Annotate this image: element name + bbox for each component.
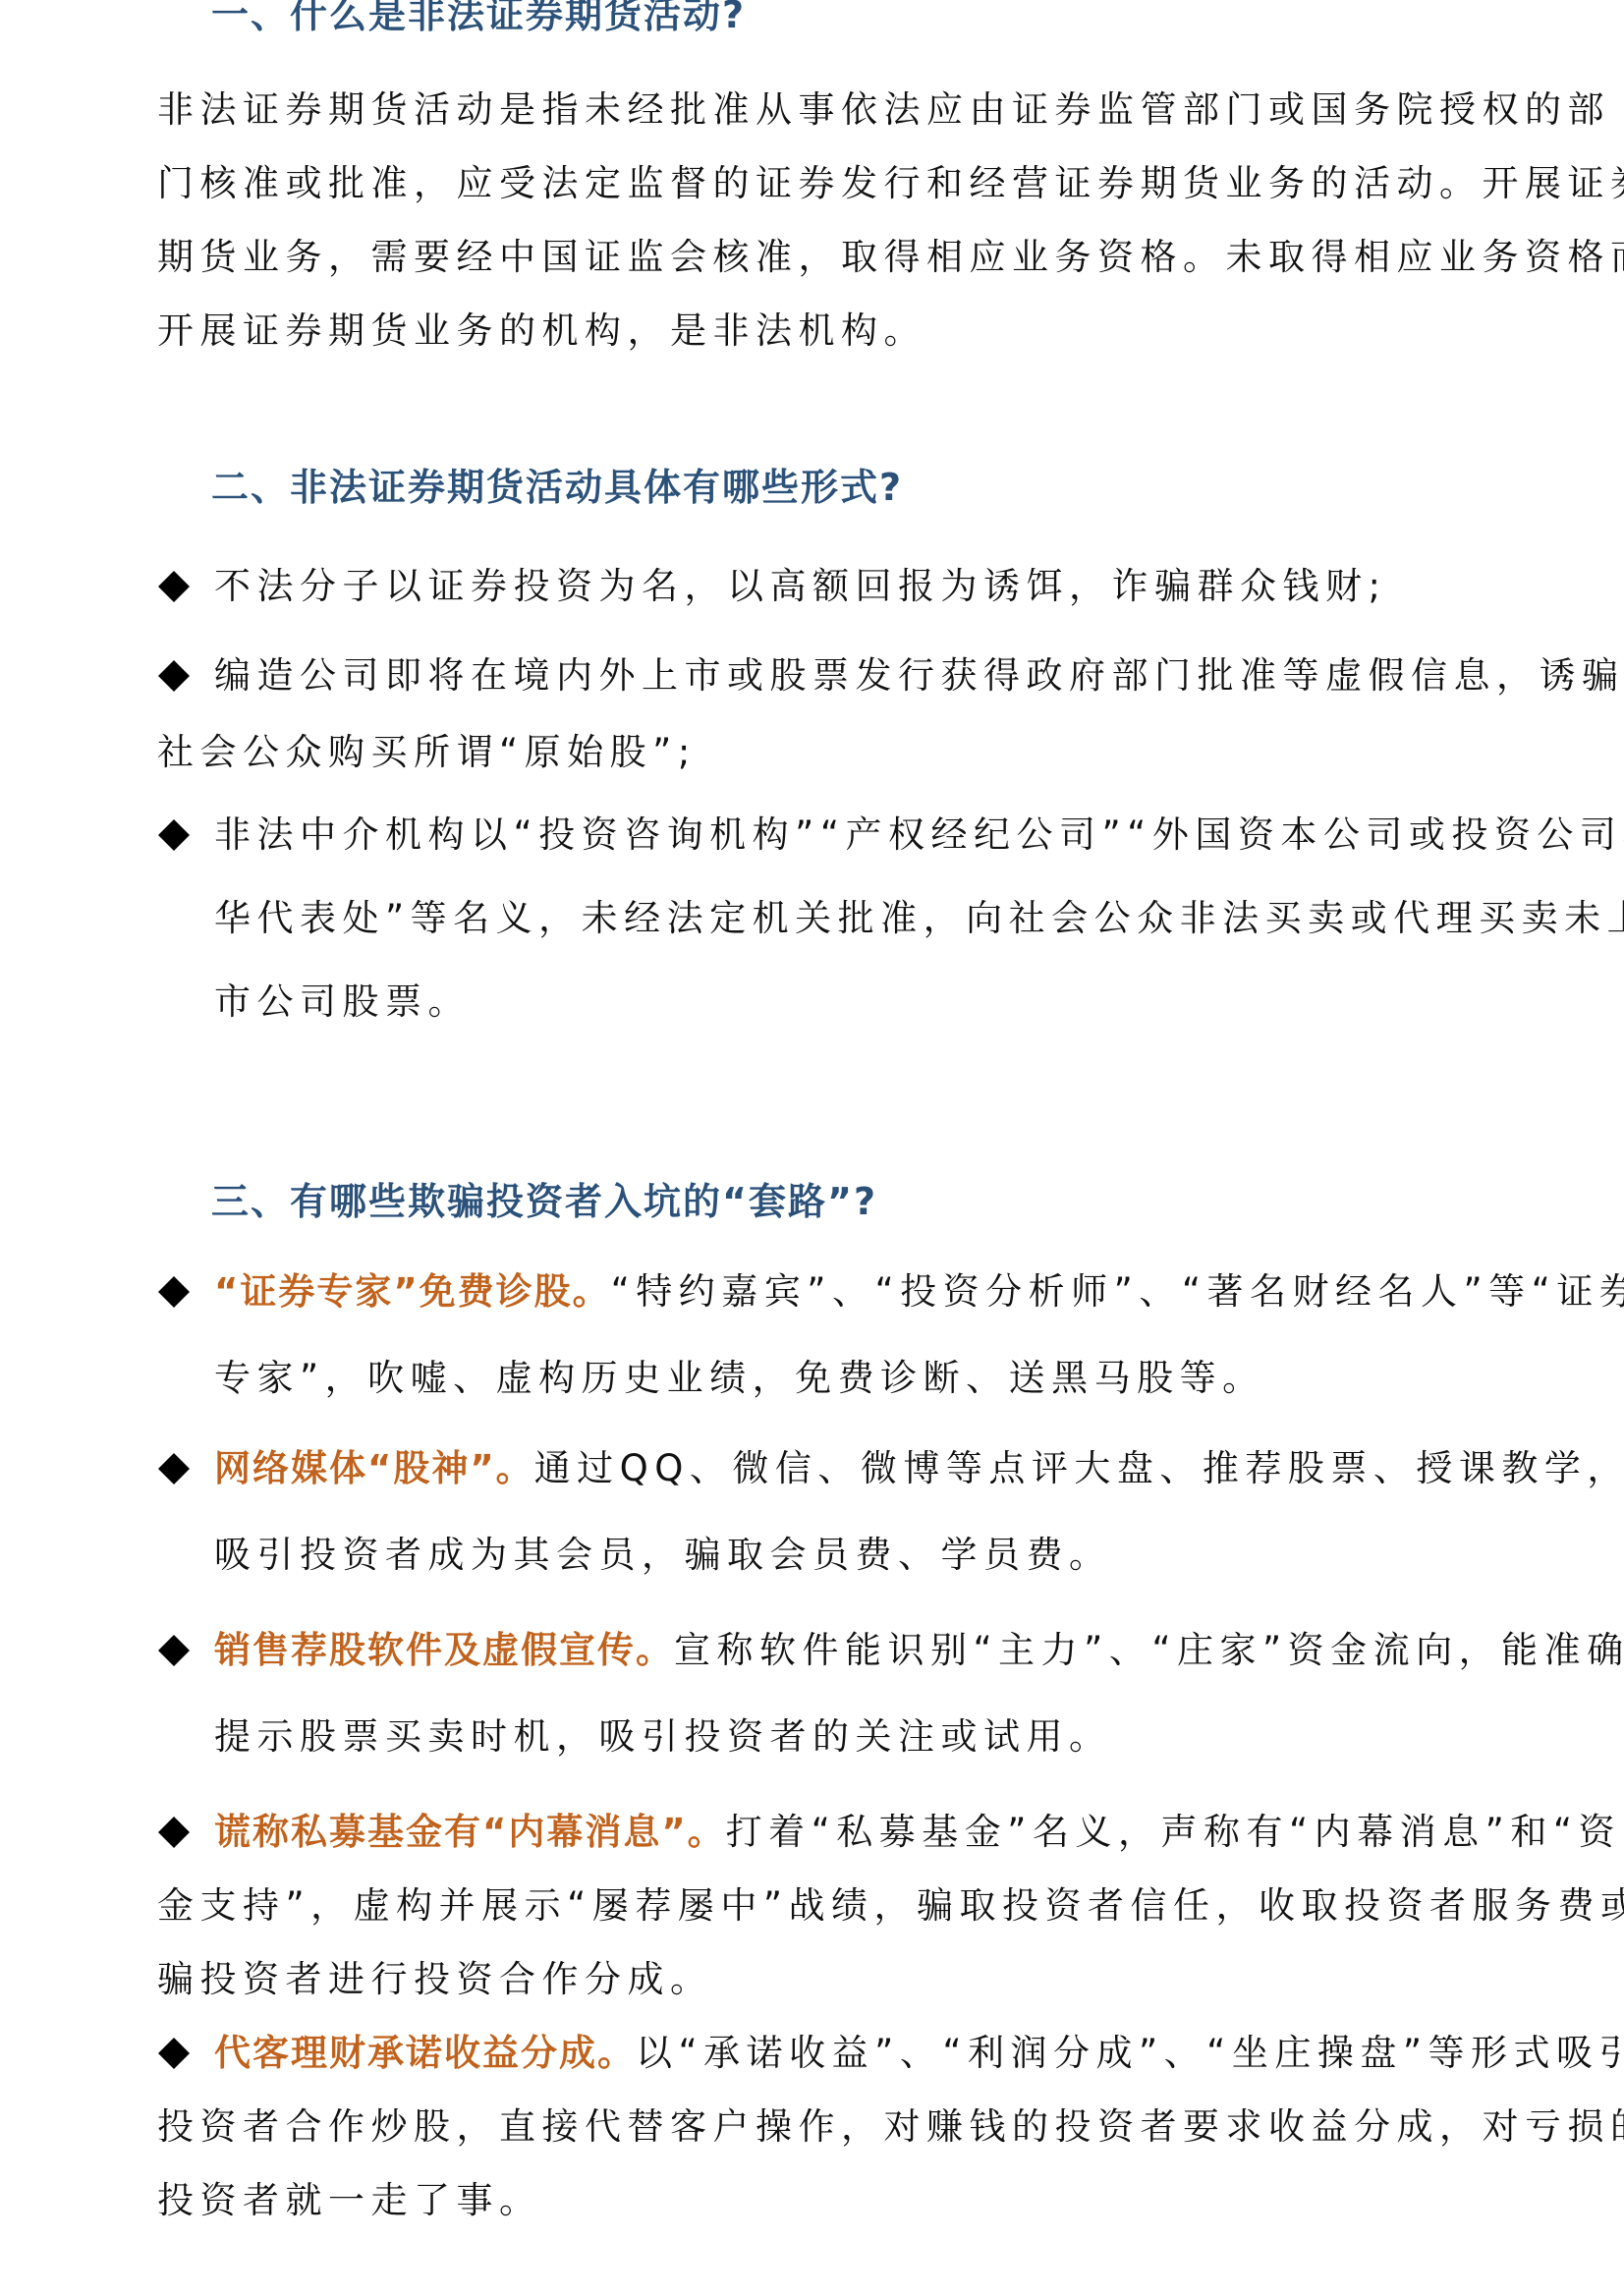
highlight-title: 代客理财承诺收益分成。 bbox=[214, 2032, 636, 2074]
item-description: 打着“私募基金”名义，声称有“内幕消息”和“资 bbox=[726, 1811, 1621, 1853]
diamond-bullet-icon bbox=[157, 1810, 191, 1855]
diamond-bullet-icon bbox=[157, 812, 191, 858]
list-item-text: 谎称私募基金有“内幕消息”。打着“私募基金”名义，声称有“内幕消息”和“资 bbox=[214, 1810, 1621, 1855]
diamond-bullet-icon bbox=[157, 653, 191, 699]
diamond-bullet-icon bbox=[157, 1446, 191, 1491]
item-description: “特约嘉宾”、“投资分析师”、“著名财经名人”等“证券 bbox=[611, 1270, 1624, 1313]
list-item-text: 网络媒体“股神”。通过QQ、微信、微博等点评大盘、推荐股票、授课教学， bbox=[214, 1446, 1624, 1491]
paragraph-line: 期货业务，需要经中国证监会核准，取得相应业务资格。未取得相应业务资格而 bbox=[157, 235, 1624, 280]
diamond-bullet-icon bbox=[157, 564, 191, 609]
list-item-text: 吸引投资者成为其会员，骗取会员费、学员费。 bbox=[214, 1533, 1112, 1578]
list-item-text: 投资者合作炒股，直接代替客户操作，对赚钱的投资者要求收益分成，对亏损的 bbox=[157, 2104, 1624, 2150]
list-item-text: 代客理财承诺收益分成。以“承诺收益”、“利润分成”、“坐庄操盘”等形式吸引 bbox=[214, 2031, 1624, 2076]
list-item-text: 市公司股票。 bbox=[214, 980, 471, 1025]
list-item-text: 销售荐股软件及虚假宣传。宣称软件能识别“主力”、“庄家”资金流向，能准确 bbox=[214, 1628, 1624, 1673]
item-description: 以“承诺收益”、“利润分成”、“坐庄操盘”等形式吸引 bbox=[636, 2032, 1624, 2074]
paragraph-line: 非法证券期货活动是指未经批准从事依法应由证券监管部门或国务院授权的部 bbox=[157, 87, 1610, 133]
list-item-text: 提示股票买卖时机，吸引投资者的关注或试用。 bbox=[214, 1714, 1112, 1760]
list-item-text: 骗投资者进行投资合作分成。 bbox=[157, 1957, 713, 2002]
diamond-bullet-icon bbox=[157, 2031, 191, 2076]
list-item-text: 非法中介机构以“投资咨询机构”“产权经纪公司”“外国资本公司或投资公司驻 bbox=[214, 812, 1624, 858]
list-item-text: 社会公众购买所谓“原始股”; bbox=[157, 730, 697, 775]
paragraph-line: 开展证券期货业务的机构，是非法机构。 bbox=[157, 308, 926, 354]
list-item-text: “证券专家”免费诊股。“特约嘉宾”、“投资分析师”、“著名财经名人”等“证券 bbox=[214, 1269, 1624, 1315]
paragraph-line: 门核准或批准，应受法定监督的证券发行和经营证券期货业务的活动。开展证券 bbox=[157, 161, 1624, 206]
list-item-text: 编造公司即将在境内外上市或股票发行获得政府部门批准等虚假信息，诱骗 bbox=[214, 653, 1624, 699]
list-item-text: 投资者就一走了事。 bbox=[157, 2178, 542, 2223]
highlight-title: 销售荐股软件及虚假宣传。 bbox=[214, 1629, 674, 1671]
diamond-bullet-icon bbox=[157, 1628, 191, 1673]
item-description: 通过QQ、微信、微博等点评大盘、推荐股票、授课教学， bbox=[534, 1447, 1624, 1489]
list-item-text: 华代表处”等名义，未经法定机关批准，向社会公众非法买卖或代理买卖未上 bbox=[214, 896, 1624, 941]
section-heading: 一、什么是非法证券期货活动? bbox=[211, 0, 746, 37]
item-description: 宣称软件能识别“主力”、“庄家”资金流向，能准确 bbox=[674, 1629, 1624, 1671]
diamond-bullet-icon bbox=[157, 1269, 191, 1315]
list-item-text: 金支持”，虚构并展示“屡荐屡中”战绩，骗取投资者信任，收取投资者服务费或诱 bbox=[157, 1883, 1624, 1929]
section-heading: 三、有哪些欺骗投资者入坑的“套路”? bbox=[211, 1179, 877, 1224]
highlight-title: 谎称私募基金有“内幕消息”。 bbox=[214, 1811, 726, 1853]
list-item-text: 专家”，吹嘘、虚构历史业绩，免费诊断、送黑马股等。 bbox=[214, 1356, 1265, 1401]
highlight-title: 网络媒体“股神”。 bbox=[214, 1447, 534, 1489]
highlight-title: “证券专家”免费诊股。 bbox=[214, 1270, 611, 1313]
section-heading: 二、非法证券期货活动具体有哪些形式? bbox=[211, 465, 903, 510]
list-item-text: 不法分子以证券投资为名，以高额回报为诱饵，诈骗群众钱财; bbox=[214, 564, 1386, 609]
